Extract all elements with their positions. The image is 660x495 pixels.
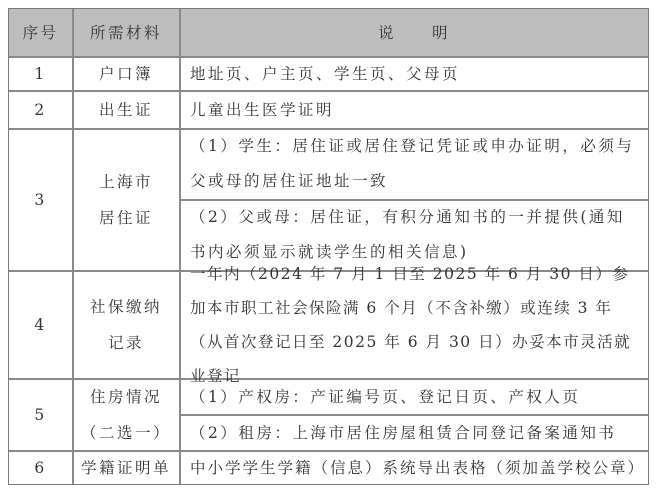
row-material: 住房情况 （二选一） <box>73 379 179 450</box>
row-index: 5 <box>9 379 72 450</box>
material-line: 住房情况 <box>90 379 162 415</box>
material-line: 记录 <box>108 325 144 361</box>
row-index: 3 <box>9 129 72 270</box>
row-description: 儿童出生医学证明 <box>180 91 648 128</box>
row-material: 户口簿 <box>73 57 179 90</box>
material-line: 社保缴纳 <box>90 289 162 325</box>
row-index: 1 <box>9 57 72 90</box>
row-index: 6 <box>9 451 72 484</box>
header-description: 说 明 <box>180 9 648 56</box>
row-description: 一年内（2024 年 7 月 1 日至 2025 年 6 月 30 日）参加本市… <box>180 271 648 378</box>
row-description: 地址页、户主页、学生页、父母页 <box>180 57 648 90</box>
row-material: 出生证 <box>73 91 179 128</box>
row-description: 中小学学生学籍（信息）系统导出表格（须加盖学校公章） <box>180 451 648 484</box>
row-description: （1）学生：居住证或居住登记凭证或申办证明，必须与父或母的居住证地址一致 <box>180 129 648 199</box>
material-line: （二选一） <box>81 415 171 451</box>
material-line: 居住证 <box>99 200 153 236</box>
row-index: 4 <box>9 271 72 378</box>
row-material: 社保缴纳 记录 <box>73 271 179 378</box>
material-line: 上海市 <box>99 164 153 200</box>
requirements-table: 序号 所需材料 说 明 1 户口簿 地址页、户主页、学生页、父母页 2 出生证 … <box>8 8 649 485</box>
header-index: 序号 <box>9 9 72 56</box>
header-material: 所需材料 <box>73 9 179 56</box>
row-description: （2）租房：上海市居住房屋租赁合同登记备案通知书 <box>180 415 648 450</box>
row-material: 学籍证明单 <box>73 451 179 484</box>
row-material: 上海市 居住证 <box>73 129 179 270</box>
row-index: 2 <box>9 91 72 128</box>
row-description: （1）产权房：产证编号页、登记日页、产权人页 <box>180 379 648 414</box>
